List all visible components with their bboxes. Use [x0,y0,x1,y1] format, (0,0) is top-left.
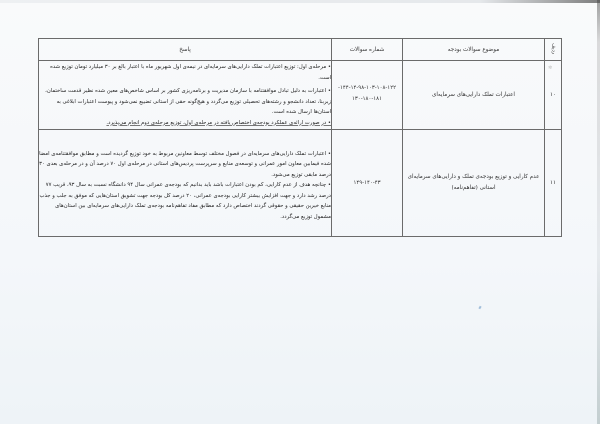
answer-paragraph: • در صورت ارائه‌ی عملکرد بودجه‌ی اختصاص … [39,118,331,129]
table-row: ۱۱ عدم کارایی و توزیع بودجه‌ی تملک و دار… [39,130,562,237]
row-number-cell: ۱۱ [545,130,562,237]
answer-cell: • مرحله‌ی اول: توزیع اعتبارات تملک دارای… [39,61,332,130]
scanned-page: ردیف موضوع سوالات بودجه شماره سوالات پاس… [0,0,600,424]
answer-paragraph: • مرحله‌ی اول: توزیع اعتبارات تملک دارای… [39,62,331,83]
answer-paragraph: • چنانچه هدف از عدم کارایی، کم بودن اعتب… [39,180,331,222]
answer-paragraph: • اعتبارات به دلیل تبادل موافقتنامه با س… [39,86,331,118]
question-numbers-cell: -۱۴۴-۱۴-۹۸-۱۰۳-۱۰۸-۱۲۲ ۱۳۰-۱۸۰-۱۸۱ [332,61,403,130]
answer-cell: • اعتبارات تملک دارایی‌های سرمایه‌ای در … [39,130,332,237]
header-answer: پاسخ [39,39,332,61]
scan-speck [478,306,481,310]
subject-cell: اعتبارات تملک دارایی‌های سرمایه‌ای [403,61,545,130]
header-row-number: ردیف [545,39,562,61]
page-top-edge [0,0,600,3]
subject-cell: عدم کارایی و توزیع بودجه‌ی تملک و دارایی… [403,130,545,237]
header-question-numbers: شماره سوالات [332,39,403,61]
table-header-row: ردیف موضوع سوالات بودجه شماره سوالات پاس… [39,39,562,61]
budget-questions-table: ردیف موضوع سوالات بودجه شماره سوالات پاس… [38,38,562,237]
table-row: ۱۰ اعتبارات تملک دارایی‌های سرمایه‌ای -۱… [39,61,562,130]
question-numbers-cell: ۱۴۹-۱۴۰-۴۳ [332,130,403,237]
faint-stamp-mark: ✲ [548,65,552,71]
question-numbers-text: -۱۴۴-۱۴-۹۸-۱۰۳-۱۰۸-۱۲۲ ۱۳۰-۱۸۰-۱۸۱ [338,85,396,102]
header-subject: موضوع سوالات بودجه [403,39,545,61]
answer-paragraph: • اعتبارات تملک دارایی‌های سرمایه‌ای در … [39,149,331,181]
